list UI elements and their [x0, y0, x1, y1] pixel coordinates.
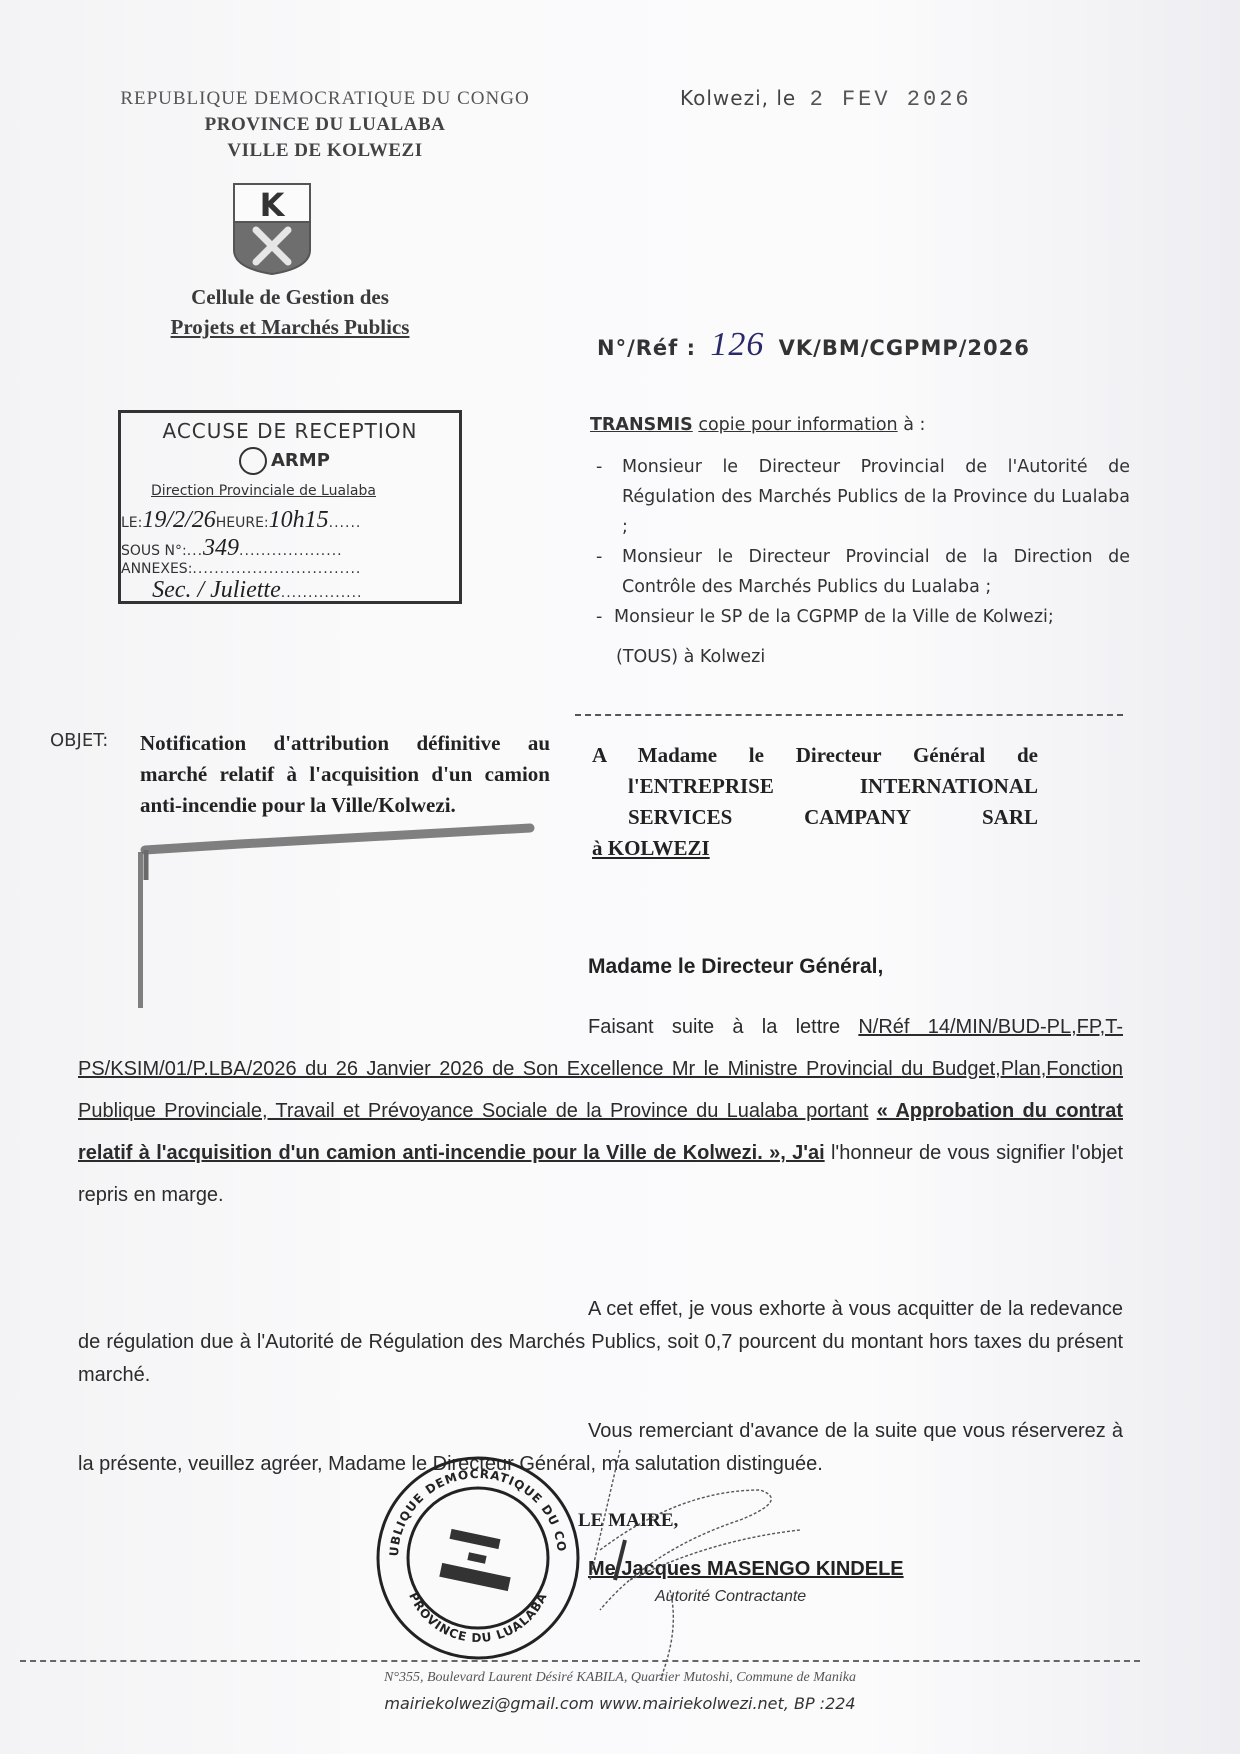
city-emblem-icon: K — [230, 180, 314, 276]
svg-text:PROVINCE DU LUALABA: PROVINCE DU LUALABA — [406, 1590, 550, 1645]
salutation: Madame le Directeur Général, — [588, 955, 883, 979]
stamp-org: ARMP — [239, 447, 330, 475]
reference-label: N°/Réf : — [597, 336, 696, 360]
copy-recipients: TRANSMIS copie pour information à : Mons… — [590, 410, 1130, 672]
footer-address: N°355, Boulevard Laurent Désiré KABILA, … — [0, 1670, 1240, 1686]
body-paragraph-1: Faisant suite à la lettre N/Réf 14/MIN/B… — [78, 1006, 1123, 1216]
stamp-heure-value: 10h15 — [269, 507, 329, 533]
stamp-le-label: LE: — [121, 515, 142, 531]
stamp-row-date: LE:19/2/26HEURE:10h15...... — [121, 507, 361, 534]
copy-heading-bold: TRANSMIS — [590, 415, 693, 435]
reception-stamp: ACCUSE DE RECEPTION ARMP Direction Provi… — [118, 410, 462, 604]
stamp-annexes-label: ANNEXES: — [121, 561, 192, 577]
country-name: REPUBLIQUE DEMOCRATIQUE DU CONGO — [90, 88, 560, 110]
stamp-sous-value: 349 — [203, 535, 239, 561]
separator-line — [575, 714, 1123, 716]
copy-closing: (TOUS) à Kolwezi — [590, 642, 1130, 672]
letterhead: REPUBLIQUE DEMOCRATIQUE DU CONGO PROVINC… — [90, 88, 560, 162]
svg-text:K: K — [260, 186, 286, 224]
armp-logo-icon — [239, 447, 267, 475]
handwritten-signature — [560, 1430, 820, 1690]
body-paragraph-2: A cet effet, je vous exhorte à vous acqu… — [78, 1293, 1123, 1392]
p1-start: Faisant suite à la lettre — [588, 1016, 858, 1038]
addressee-line2: l'ENTREPRISE INTERNATIONAL — [592, 771, 1038, 802]
stamp-row-annexes: ANNEXES:............................... — [121, 561, 361, 577]
letter-page: REPUBLIQUE DEMOCRATIQUE DU CONGO PROVINC… — [0, 0, 1240, 1754]
addressee-city: à KOLWEZI — [592, 836, 710, 860]
stamp-heure-label: HEURE: — [216, 515, 269, 531]
addressee-block: A Madame le Directeur Général de l'ENTRE… — [592, 740, 1038, 864]
date-stamp: 2 FEV 2026 — [810, 87, 972, 112]
marker-vertical-mark — [138, 852, 143, 1008]
stamp-sous-label: SOUS N°: — [121, 543, 187, 559]
date-prefix: Kolwezi, le — [680, 86, 796, 110]
addressee-line1: A Madame le Directeur Général de — [592, 740, 1038, 771]
copy-recipient: Monsieur le Directeur Provincial de la D… — [590, 542, 1130, 602]
copy-heading: TRANSMIS copie pour information à : — [590, 410, 1130, 440]
stamp-direction: Direction Provinciale de Lualaba — [151, 483, 376, 499]
subject-text: Notification d'attribution définitive au… — [140, 728, 550, 821]
stamp-row-par: PAR:Sec. / Juliette............... — [121, 577, 363, 604]
reference-number: N°/Réf : 126 VK/BM/CGPMP/2026 — [597, 326, 1030, 364]
province-name: PROVINCE DU LUALABA — [90, 114, 560, 136]
unit-title: Cellule de Gestion des Projets et Marché… — [120, 282, 460, 342]
stamp-org-name: ARMP — [271, 450, 330, 471]
stamp-le-value: 19/2/26 — [142, 507, 215, 533]
unit-title-line2: Projets et Marchés Publics — [120, 312, 460, 342]
copy-recipient: Monsieur le Directeur Provincial de l'Au… — [590, 452, 1130, 542]
footer-separator — [20, 1660, 1140, 1662]
footer-contact: mairiekolwezi@gmail.com www.mairiekolwez… — [0, 1694, 1240, 1713]
unit-title-line1: Cellule de Gestion des — [120, 282, 460, 312]
subject-label: OBJET: — [50, 730, 108, 751]
copy-heading-tail: à : — [903, 415, 925, 435]
stamp-title: ACCUSE DE RECEPTION — [121, 419, 459, 443]
copy-recipient: Monsieur le SP de la CGPMP de la Ville d… — [590, 602, 1130, 632]
reference-handwritten-number: 126 — [710, 326, 764, 363]
official-seal-icon: REPUBLIQUE DEMOCRATIQUE DU CONGO PROVINC… — [370, 1450, 586, 1666]
addressee-line3: SERVICES CAMPANY SARL — [592, 802, 1038, 833]
city-name: VILLE DE KOLWEZI — [90, 140, 560, 162]
copy-heading-rest: copie pour information — [698, 415, 897, 435]
stamp-row-number: SOUS N°:...349................... — [121, 535, 343, 562]
marker-stroke-mark — [140, 820, 540, 880]
stamp-par-value: Sec. / Juliette — [152, 577, 281, 603]
date-line: Kolwezi, le 2 FEV 2026 — [680, 86, 972, 112]
reference-suffix: VK/BM/CGPMP/2026 — [779, 336, 1030, 360]
